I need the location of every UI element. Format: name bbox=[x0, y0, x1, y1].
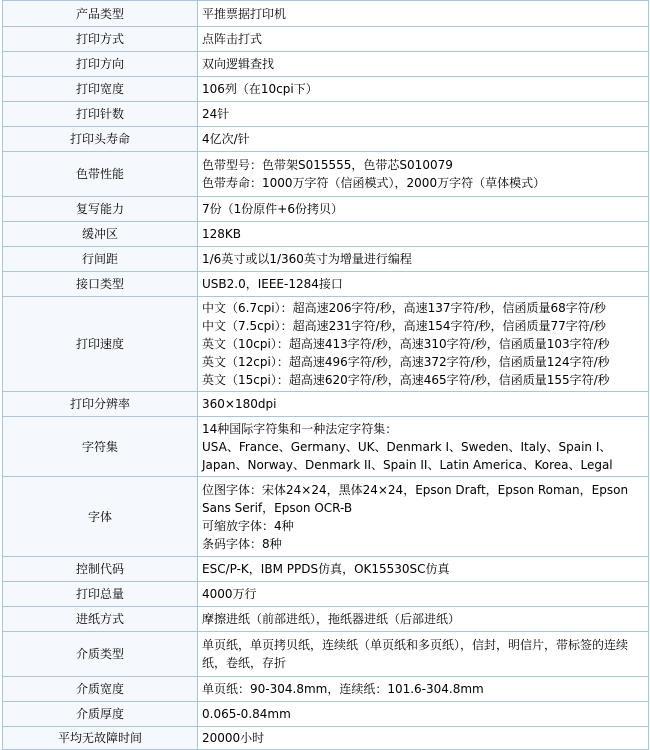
spec-value: 4000万行 bbox=[198, 582, 649, 607]
spec-value-line: 英文（12cpi）：超高速496字符/秒，高速372字符/秒，信函质量124字符… bbox=[202, 353, 644, 371]
spec-value: 点阵击打式 bbox=[198, 27, 649, 52]
spec-row: 进纸方式摩擦进纸（前部进纸），拖纸器进纸（后部进纸） bbox=[3, 607, 649, 632]
spec-label: 产品类型 bbox=[3, 1, 198, 27]
spec-value: 摩擦进纸（前部进纸），拖纸器进纸（后部进纸） bbox=[198, 607, 649, 632]
spec-value-line: 单页纸，单页拷贝纸，连续纸（单页纸和多页纸），信封，明信片，带标签的连续 bbox=[202, 636, 644, 654]
spec-value: 128KB bbox=[198, 222, 649, 247]
spec-value: 4亿次/针 bbox=[198, 127, 649, 152]
spec-label: 介质厚度 bbox=[3, 702, 198, 727]
spec-row: 接口类型USB2.0，IEEE-1284接口 bbox=[3, 272, 649, 297]
spec-value: 中文（6.7cpi）：超高速206字符/秒，高速137字符/秒，信函质量68字符… bbox=[198, 297, 649, 392]
spec-value-line: 7份（1份原件+6份拷贝） bbox=[202, 200, 644, 218]
spec-value-line: 0.065-0.84mm bbox=[202, 705, 644, 723]
spec-label: 打印头寿命 bbox=[3, 127, 198, 152]
spec-row: 打印宽度106列（在10cpi下） bbox=[3, 77, 649, 102]
spec-value-line: 点阵击打式 bbox=[202, 30, 644, 48]
spec-value: 7份（1份原件+6份拷贝） bbox=[198, 197, 649, 222]
spec-value-line: 平推票据打印机 bbox=[202, 5, 644, 23]
spec-value-line: 4000万行 bbox=[202, 585, 644, 603]
spec-label: 字符集 bbox=[3, 417, 198, 477]
spec-label: 缓冲区 bbox=[3, 222, 198, 247]
spec-value-line: 可缩放字体：4种 bbox=[202, 517, 644, 535]
spec-value-line: 1/6英寸或以1/360英寸为增量进行编程 bbox=[202, 250, 644, 268]
spec-value-line: 128KB bbox=[202, 225, 644, 243]
spec-row: 打印头寿命4亿次/针 bbox=[3, 127, 649, 152]
spec-value-line: 14种国际字符集和一种法定字符集： bbox=[202, 420, 644, 438]
spec-label: 打印分辨率 bbox=[3, 392, 198, 417]
spec-label: 介质宽度 bbox=[3, 677, 198, 702]
spec-value: 双向逻辑查找 bbox=[198, 52, 649, 77]
spec-value-line: 英文（10cpi）：超高速413字符/秒，高速310字符/秒，信函质量103字符… bbox=[202, 335, 644, 353]
spec-label: 打印总量 bbox=[3, 582, 198, 607]
spec-row: 打印分辨率360×180dpi bbox=[3, 392, 649, 417]
spec-value-line: 位图字体：宋体24×24，黑体24×24，Epson Draft，Epson R… bbox=[202, 481, 644, 499]
spec-label: 进纸方式 bbox=[3, 607, 198, 632]
spec-value: 20000小时 bbox=[198, 727, 649, 750]
spec-value: 14种国际字符集和一种法定字符集：USA、France、Germany、UK、D… bbox=[198, 417, 649, 477]
spec-label: 打印方式 bbox=[3, 27, 198, 52]
spec-value-line: 20000小时 bbox=[202, 729, 644, 747]
spec-value-line: 360×180dpi bbox=[202, 395, 644, 413]
spec-row: 打印速度中文（6.7cpi）：超高速206字符/秒，高速137字符/秒，信函质量… bbox=[3, 297, 649, 392]
spec-label: 控制代码 bbox=[3, 557, 198, 582]
spec-value-line: 单页纸：90-304.8mm，连续纸：101.6-304.8mm bbox=[202, 680, 644, 698]
spec-row: 打印针数24针 bbox=[3, 102, 649, 127]
spec-value: ESC/P-K，IBM PPDS仿真，OK15530SC仿真 bbox=[198, 557, 649, 582]
spec-value-line: 英文（15cpi）：超高速620字符/秒，高速465字符/秒，信函质量155字符… bbox=[202, 371, 644, 389]
spec-label: 行间距 bbox=[3, 247, 198, 272]
spec-row: 行间距1/6英寸或以1/360英寸为增量进行编程 bbox=[3, 247, 649, 272]
spec-label: 介质类型 bbox=[3, 632, 198, 677]
spec-row: 复写能力7份（1份原件+6份拷贝） bbox=[3, 197, 649, 222]
spec-label: 字体 bbox=[3, 477, 198, 557]
spec-row: 打印方式点阵击打式 bbox=[3, 27, 649, 52]
spec-row: 字体位图字体：宋体24×24，黑体24×24，Epson Draft，Epson… bbox=[3, 477, 649, 557]
spec-value-line: 摩擦进纸（前部进纸），拖纸器进纸（后部进纸） bbox=[202, 610, 644, 628]
spec-value-line: 条码字体：8种 bbox=[202, 535, 644, 553]
spec-value-line: Japan、Norway、Denmark II、Spain II、Latin A… bbox=[202, 456, 644, 474]
spec-label: 打印宽度 bbox=[3, 77, 198, 102]
spec-row: 平均无故障时间20000小时 bbox=[3, 727, 649, 750]
spec-value-line: 双向逻辑查找 bbox=[202, 55, 644, 73]
spec-label: 打印方向 bbox=[3, 52, 198, 77]
spec-value-line: 4亿次/针 bbox=[202, 130, 644, 148]
spec-value-line: Sans Serif，Epson OCR-B bbox=[202, 499, 644, 517]
spec-value-line: 色带型号：色带架S015555，色带芯S010079 bbox=[202, 156, 644, 174]
spec-value: 单页纸：90-304.8mm，连续纸：101.6-304.8mm bbox=[198, 677, 649, 702]
spec-row: 控制代码ESC/P-K，IBM PPDS仿真，OK15530SC仿真 bbox=[3, 557, 649, 582]
spec-value: 色带型号：色带架S015555，色带芯S010079色带寿命：1000万字符（信… bbox=[198, 152, 649, 197]
spec-value: 平推票据打印机 bbox=[198, 1, 649, 27]
spec-value: 1/6英寸或以1/360英寸为增量进行编程 bbox=[198, 247, 649, 272]
printer-spec-table: 产品类型平推票据打印机打印方式点阵击打式打印方向双向逻辑查找打印宽度106列（在… bbox=[2, 0, 649, 749]
spec-value-line: 中文（7.5cpi）：超高速231字符/秒，高速154字符/秒，信函质量77字符… bbox=[202, 317, 644, 335]
spec-value: 单页纸，单页拷贝纸，连续纸（单页纸和多页纸），信封，明信片，带标签的连续纸，卷纸… bbox=[198, 632, 649, 677]
spec-label: 平均无故障时间 bbox=[3, 727, 198, 750]
spec-value: 360×180dpi bbox=[198, 392, 649, 417]
spec-value-line: 24针 bbox=[202, 105, 644, 123]
spec-row: 缓冲区128KB bbox=[3, 222, 649, 247]
spec-row: 打印方向双向逻辑查找 bbox=[3, 52, 649, 77]
spec-row: 打印总量4000万行 bbox=[3, 582, 649, 607]
spec-value: 24针 bbox=[198, 102, 649, 127]
spec-value: 0.065-0.84mm bbox=[198, 702, 649, 727]
spec-label: 接口类型 bbox=[3, 272, 198, 297]
spec-label: 打印针数 bbox=[3, 102, 198, 127]
spec-label: 色带性能 bbox=[3, 152, 198, 197]
spec-value-line: 纸，卷纸，存折 bbox=[202, 654, 644, 672]
spec-value-line: 106列（在10cpi下） bbox=[202, 80, 644, 98]
spec-value: 位图字体：宋体24×24，黑体24×24，Epson Draft，Epson R… bbox=[198, 477, 649, 557]
spec-row: 色带性能色带型号：色带架S015555，色带芯S010079色带寿命：1000万… bbox=[3, 152, 649, 197]
spec-row: 介质类型单页纸，单页拷贝纸，连续纸（单页纸和多页纸），信封，明信片，带标签的连续… bbox=[3, 632, 649, 677]
spec-value: USB2.0，IEEE-1284接口 bbox=[198, 272, 649, 297]
spec-value-line: 中文（6.7cpi）：超高速206字符/秒，高速137字符/秒，信函质量68字符… bbox=[202, 299, 644, 317]
spec-value: 106列（在10cpi下） bbox=[198, 77, 649, 102]
spec-value-line: USB2.0，IEEE-1284接口 bbox=[202, 275, 644, 293]
spec-row: 产品类型平推票据打印机 bbox=[3, 1, 649, 27]
spec-value-line: ESC/P-K，IBM PPDS仿真，OK15530SC仿真 bbox=[202, 560, 644, 578]
spec-row: 字符集14种国际字符集和一种法定字符集：USA、France、Germany、U… bbox=[3, 417, 649, 477]
spec-row: 介质宽度单页纸：90-304.8mm，连续纸：101.6-304.8mm bbox=[3, 677, 649, 702]
spec-table-body: 产品类型平推票据打印机打印方式点阵击打式打印方向双向逻辑查找打印宽度106列（在… bbox=[3, 1, 649, 750]
spec-label: 复写能力 bbox=[3, 197, 198, 222]
spec-row: 介质厚度0.065-0.84mm bbox=[3, 702, 649, 727]
spec-value-line: USA、France、Germany、UK、Denmark I、Sweden、I… bbox=[202, 438, 644, 456]
spec-label: 打印速度 bbox=[3, 297, 198, 392]
spec-value-line: 色带寿命：1000万字符（信函模式），2000万字符（草体模式） bbox=[202, 174, 644, 192]
